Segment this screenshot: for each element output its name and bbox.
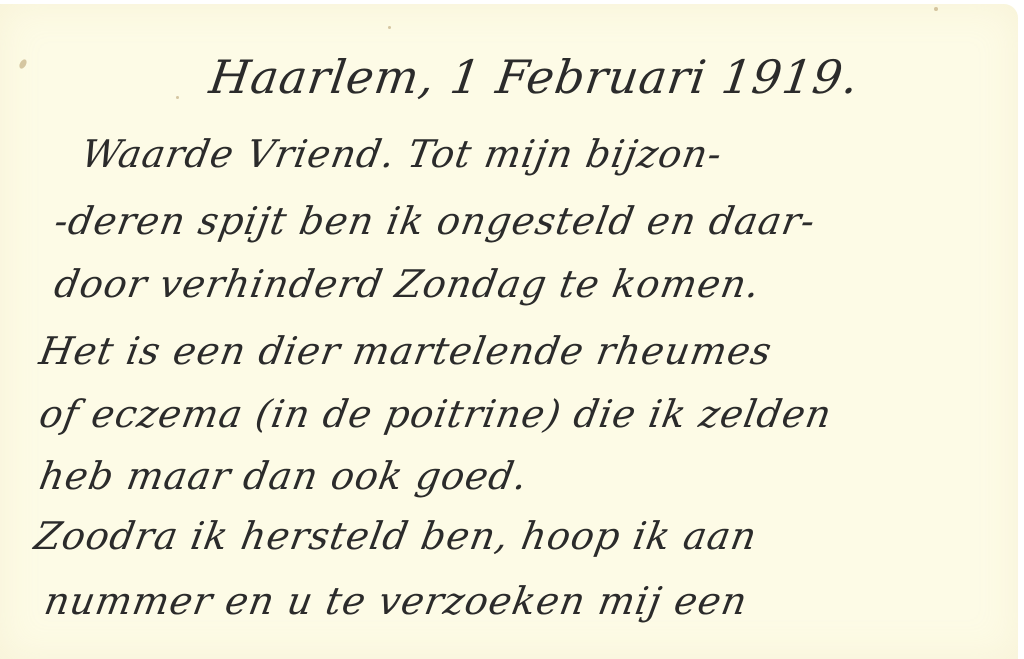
letter-line-8: nummer en u te verzoeken mij een: [41, 579, 751, 623]
paper-speck: [934, 7, 938, 11]
handwritten-postcard: Haarlem, 1 Februari 1919. Waarde Vriend.…: [0, 4, 1018, 659]
letter-line-2: -deren spijt ben ik ongesteld en daar-: [51, 199, 819, 243]
letter-line-6: heb maar dan ook goed.: [36, 454, 531, 498]
letter-line-3: door verhinderd Zondag te komen.: [51, 262, 764, 306]
letter-line-5: of eczema (in de poitrine) die ik zelden: [36, 392, 835, 436]
paper-speck: [18, 58, 28, 70]
letter-line-4: Het is een dier martelende rheumes: [36, 329, 775, 373]
letter-line-7: Zoodra ik hersteld ben, hoop ik aan: [31, 514, 760, 558]
paper-speck: [388, 26, 391, 29]
letter-line-1: Waarde Vriend. Tot mijn bijzon-: [78, 132, 726, 176]
letter-place-date: Haarlem, 1 Februari 1919.: [206, 50, 862, 104]
paper-speck: [176, 96, 179, 99]
